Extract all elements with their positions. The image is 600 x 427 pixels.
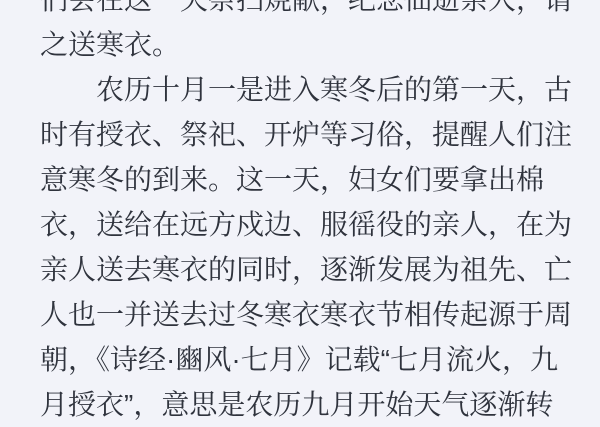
text-line: 朝，《诗经·豳风·七月》记载“七月流火，九: [40, 337, 574, 382]
text-line: 亲人送去寒衣的同时，逐渐发展为祖先、亡: [40, 247, 574, 292]
text-line: 之送寒衣。: [40, 22, 574, 67]
article-text: 们会在这一天祭扫烧献，纪念仙逝亲人，谓 之送寒衣。 农历十月一是进入寒冬后的第一…: [40, 0, 574, 400]
text-line: 时有授衣、祭祀、开炉等习俗，提醒人们注: [40, 112, 574, 157]
text-line: 衣，送给在远方戍边、服徭役的亲人，在为: [40, 202, 574, 247]
text-line: 月授衣”，意思是农历九月开始天气逐渐转: [40, 382, 574, 400]
text-line-paragraph-start: 农历十月一是进入寒冬后的第一天，古: [40, 67, 574, 112]
page: { "page": { "background_color": "#f2f3f9…: [0, 0, 600, 400]
text-line: 们会在这一天祭扫烧献，纪念仙逝亲人，谓: [40, 0, 574, 22]
text-line: 意寒冬的到来。这一天，妇女们要拿出棉: [40, 157, 574, 202]
text-line: 人也一并送去过冬寒衣寒衣节相传起源于周: [40, 292, 574, 337]
